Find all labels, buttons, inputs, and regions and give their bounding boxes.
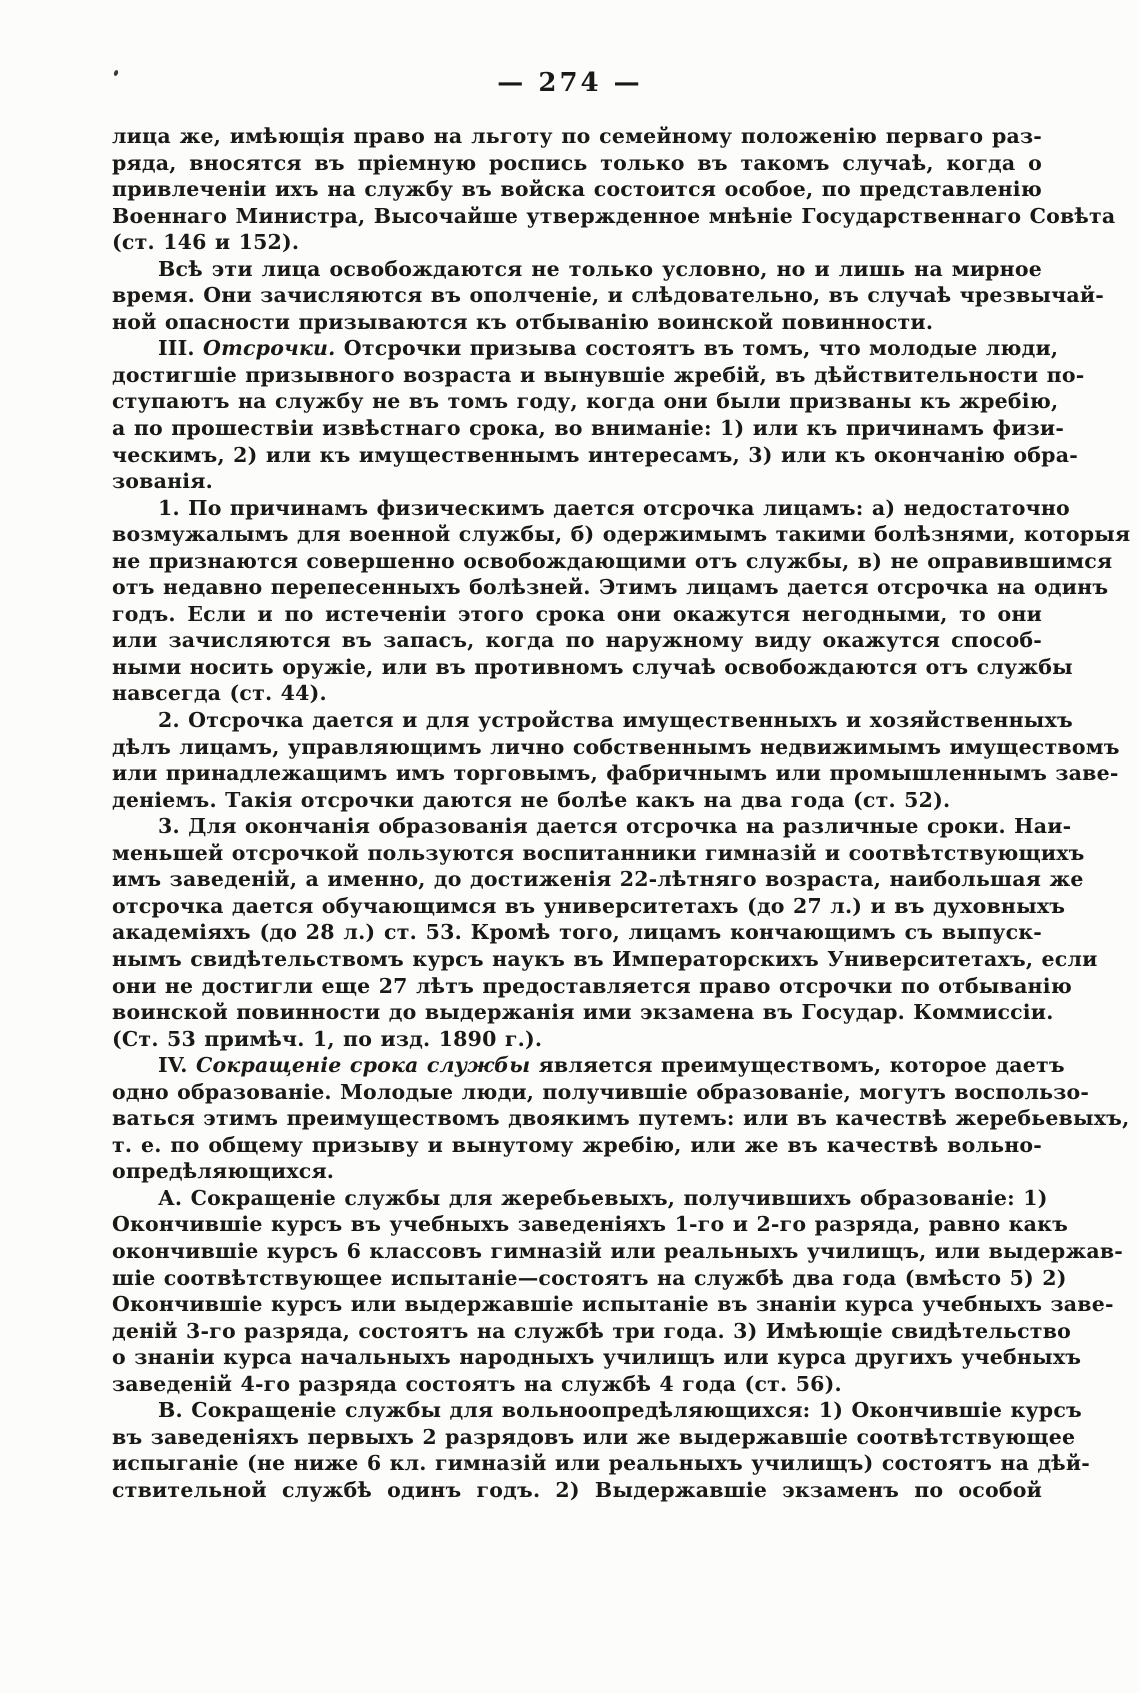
text-line: они не достигли еще 27 лѣтъ предоставляе… xyxy=(112,973,1042,1000)
text-run: или зачисляются въ запасъ, когда по нару… xyxy=(112,628,1042,652)
text-line: годъ. Если и по истеченіи этого срока он… xyxy=(112,601,1042,628)
text-run: В. Сокращеніе службы для вольноопредѣляю… xyxy=(158,1398,1082,1422)
text-run: ными носить оружіе, или въ противномъ сл… xyxy=(112,655,1073,679)
paragraph: III. Отсрочки. Отсрочки призыва состоятъ… xyxy=(112,335,1042,494)
text-run: годъ. Если и по истеченіи этого срока он… xyxy=(112,602,1042,626)
text-line: Военнаго Министра, Высочайше утвержденно… xyxy=(112,203,1042,230)
text-run: испыганіе (не ниже 6 кл. гимназій или ре… xyxy=(112,1451,1090,1475)
paragraph: 1. По причинамъ физическимъ дается отсро… xyxy=(112,495,1042,707)
text-line: заведеній 4-го разряда состоятъ на служб… xyxy=(112,1371,1042,1398)
text-run: деній 3-го разряда, состоятъ на службѣ т… xyxy=(112,1319,1071,1343)
text-line: ческимъ, 2) или къ имущественнымъ интере… xyxy=(112,442,1042,469)
text-line: испыганіе (не ниже 6 кл. гимназій или ре… xyxy=(112,1450,1042,1477)
text-line: возмужалымъ для военной службы, б) одерж… xyxy=(112,521,1042,548)
text-line: опредѣляющихся. xyxy=(112,1158,1042,1185)
text-line: деній 3-го разряда, состоятъ на службѣ т… xyxy=(112,1318,1042,1345)
text-line: дѣлъ лицамъ, управляющимъ лично собствен… xyxy=(112,734,1042,761)
text-run: (ст. 146 и 152). xyxy=(112,230,299,254)
text-run: 2. Отсрочка дается и для устройства имущ… xyxy=(158,708,1073,732)
italic-run: Сокращеніе срока службы xyxy=(196,1053,530,1077)
text-run: достигшіе призывного возраста и вынувшіе… xyxy=(112,363,1084,387)
text-line: лица же, имѣющія право на льготу по семе… xyxy=(112,123,1042,150)
text-run: а по прошествіи извѣстнаго срока, во вни… xyxy=(112,416,1064,440)
text-run: Отсрочки призыва состоятъ въ томъ, что м… xyxy=(335,336,1058,360)
paragraph: 3. Для окончанія образованія дается отср… xyxy=(112,813,1042,1052)
text-line: А. Сокращеніе службы для жеребьевыхъ, по… xyxy=(112,1185,1042,1212)
text-line: отъ недавно перепесенныхъ болѣзней. Этим… xyxy=(112,574,1042,601)
text-line: зованія. xyxy=(112,468,1042,495)
text-line: Окончившіе курсъ или выдержавшіе испытан… xyxy=(112,1291,1042,1318)
text-line: III. Отсрочки. Отсрочки призыва состоятъ… xyxy=(112,335,1042,362)
text-run: не признаются совершенно освобождающими … xyxy=(112,549,1112,573)
paragraph: В. Сокращеніе службы для вольноопредѣляю… xyxy=(112,1397,1042,1503)
text-run: отсрочка дается обучающимся въ университ… xyxy=(112,894,1065,918)
text-run: ваться этимъ преимуществомъ двоякимъ пут… xyxy=(112,1106,1129,1130)
text-run: Окончившіе курсъ или выдержавшіе испытан… xyxy=(112,1292,1114,1316)
text-run: ной опасности призываются къ отбыванію в… xyxy=(112,310,933,334)
text-run: нымъ свидѣтельствомъ курсъ наукъ въ Импе… xyxy=(112,947,1098,971)
text-run: т. е. по общему призыву и вынутому жребі… xyxy=(112,1133,1042,1157)
text-line: воинской повинности до выдержанія ими эк… xyxy=(112,999,1042,1026)
text-run: лица же, имѣющія право на льготу по семе… xyxy=(112,124,1042,148)
text-line: 3. Для окончанія образованія дается отср… xyxy=(112,813,1042,840)
text-run: академіяхъ (до 28 л.) ст. 53. Кромѣ того… xyxy=(112,920,1042,944)
text-line: т. е. по общему призыву и вынутому жребі… xyxy=(112,1132,1042,1159)
paragraph: Всѣ эти лица освобождаются не только усл… xyxy=(112,256,1042,336)
text-line: время. Они зачисляются въ ополченіе, и с… xyxy=(112,282,1042,309)
text-line: ваться этимъ преимуществомъ двоякимъ пут… xyxy=(112,1105,1042,1132)
text-run: возмужалымъ для военной службы, б) одерж… xyxy=(112,522,1130,546)
text-run: или принадлежащимъ имъ торговымъ, фабрич… xyxy=(112,761,1119,785)
text-line: Окончившіе курсъ въ учебныхъ заведеніяхъ… xyxy=(112,1211,1042,1238)
text-line: ной опасности призываются къ отбыванію в… xyxy=(112,309,1042,336)
text-run: опредѣляющихся. xyxy=(112,1159,334,1183)
text-line: (ст. 146 и 152). xyxy=(112,229,1042,256)
text-line: или принадлежащимъ имъ торговымъ, фабрич… xyxy=(112,760,1042,787)
text-run: А. Сокращеніе службы для жеребьевыхъ, по… xyxy=(158,1186,1048,1210)
text-run: отъ недавно перепесенныхъ болѣзней. Этим… xyxy=(112,575,1108,599)
text-line: а по прошествіи извѣстнаго срока, во вни… xyxy=(112,415,1042,442)
text-line: 1. По причинамъ физическимъ дается отсро… xyxy=(112,495,1042,522)
text-line: ступаютъ на службу не въ томъ году, когд… xyxy=(112,388,1042,415)
text-run: ческимъ, 2) или къ имущественнымъ интере… xyxy=(112,443,1078,467)
page-number: — 274 — xyxy=(0,68,1140,98)
italic-run: Отсрочки. xyxy=(203,336,335,360)
text-line: нымъ свидѣтельствомъ курсъ наукъ въ Импе… xyxy=(112,946,1042,973)
text-line: (Ст. 53 примѣч. 1, по изд. 1890 г.). xyxy=(112,1026,1042,1053)
text-run: 3. Для окончанія образованія дается отср… xyxy=(158,814,1071,838)
text-line: Всѣ эти лица освобождаются не только усл… xyxy=(112,256,1042,283)
text-line: ряда, вносятся въ пріемную роспись тольк… xyxy=(112,150,1042,177)
text-run: меньшей отсрочкой пользуются воспитанник… xyxy=(112,841,1085,865)
text-line: академіяхъ (до 28 л.) ст. 53. Кромѣ того… xyxy=(112,919,1042,946)
text-run: Военнаго Министра, Высочайше утвержденно… xyxy=(112,204,1115,228)
text-line: не признаются совершенно освобождающими … xyxy=(112,548,1042,575)
text-line: о знаніи курса начальныхъ народныхъ учил… xyxy=(112,1344,1042,1371)
text-run: привлеченіи ихъ на службу въ войска сост… xyxy=(112,177,1042,201)
text-line: деніемъ. Такія отсрочки даются не болѣе … xyxy=(112,787,1042,814)
text-line: имъ заведеній, а именно, до достиженія 2… xyxy=(112,866,1042,893)
text-run: III. xyxy=(158,336,203,360)
text-line: шіе соотвѣтствующее испытаніе—состоятъ н… xyxy=(112,1265,1042,1292)
text-line: достигшіе призывного возраста и вынувшіе… xyxy=(112,362,1042,389)
text-run: дѣлъ лицамъ, управляющимъ лично собствен… xyxy=(112,735,1120,759)
text-run: Окончившіе курсъ въ учебныхъ заведеніяхъ… xyxy=(112,1212,1068,1236)
text-run: ряда, вносятся въ пріемную роспись тольк… xyxy=(112,151,1042,175)
text-line: меньшей отсрочкой пользуются воспитанник… xyxy=(112,840,1042,867)
text-run: о знаніи курса начальныхъ народныхъ учил… xyxy=(112,1345,1081,1369)
text-run: IV. xyxy=(158,1053,196,1077)
text-run: шіе соотвѣтствующее испытаніе—состоятъ н… xyxy=(112,1266,1067,1290)
text-run: навсегда (ст. 44). xyxy=(112,681,327,705)
text-run: зованія. xyxy=(112,469,213,493)
text-line: В. Сокращеніе службы для вольноопредѣляю… xyxy=(112,1397,1042,1424)
text-run: одно образованіе. Молодые люди, получивш… xyxy=(112,1080,1089,1104)
text-run: (Ст. 53 примѣч. 1, по изд. 1890 г.). xyxy=(112,1027,542,1051)
text-run: ствительной службѣ одинъ годъ. 2) Выдерж… xyxy=(112,1478,1042,1502)
text-run: время. Они зачисляются въ ополченіе, и с… xyxy=(112,283,1104,307)
text-line: ствительной службѣ одинъ годъ. 2) Выдерж… xyxy=(112,1477,1042,1504)
page-text: лица же, имѣющія право на льготу по семе… xyxy=(112,123,1042,1503)
text-run: воинской повинности до выдержанія ими эк… xyxy=(112,1000,1054,1024)
paragraph: А. Сокращеніе службы для жеребьевыхъ, по… xyxy=(112,1185,1042,1397)
text-run: заведеній 4-го разряда состоятъ на служб… xyxy=(112,1372,842,1396)
text-line: привлеченіи ихъ на службу въ войска сост… xyxy=(112,176,1042,203)
text-run: ступаютъ на службу не въ томъ году, когд… xyxy=(112,389,1058,413)
text-run: деніемъ. Такія отсрочки даются не болѣе … xyxy=(112,788,950,812)
text-run: въ заведеніяхъ первыхъ 2 разрядовъ или ж… xyxy=(112,1425,1075,1449)
paragraph: лица же, имѣющія право на льготу по семе… xyxy=(112,123,1042,256)
text-line: ными носить оружіе, или въ противномъ сл… xyxy=(112,654,1042,681)
text-run: они не достигли еще 27 лѣтъ предоставляе… xyxy=(112,974,1072,998)
text-line: 2. Отсрочка дается и для устройства имущ… xyxy=(112,707,1042,734)
text-run: 1. По причинамъ физическимъ дается отсро… xyxy=(158,496,1070,520)
text-run: имъ заведеній, а именно, до достиженія 2… xyxy=(112,867,1084,891)
text-line: или зачисляются въ запасъ, когда по нару… xyxy=(112,627,1042,654)
text-line: навсегда (ст. 44). xyxy=(112,680,1042,707)
paragraph: 2. Отсрочка дается и для устройства имущ… xyxy=(112,707,1042,813)
text-run: Всѣ эти лица освобождаются не только усл… xyxy=(158,257,1042,281)
text-line: IV. Сокращеніе срока службы является пре… xyxy=(112,1052,1042,1079)
text-run: окончившіе курсъ 6 классовъ гимназій или… xyxy=(112,1239,1123,1263)
paragraph: IV. Сокращеніе срока службы является пре… xyxy=(112,1052,1042,1185)
text-line: въ заведеніяхъ первыхъ 2 разрядовъ или ж… xyxy=(112,1424,1042,1451)
text-run: является преимуществомъ, которое даетъ xyxy=(530,1053,1065,1077)
text-line: отсрочка дается обучающимся въ университ… xyxy=(112,893,1042,920)
book-page: — 274 — лица же, имѣющія право на льготу… xyxy=(0,0,1140,1693)
text-line: одно образованіе. Молодые люди, получивш… xyxy=(112,1079,1042,1106)
text-line: окончившіе курсъ 6 классовъ гимназій или… xyxy=(112,1238,1042,1265)
